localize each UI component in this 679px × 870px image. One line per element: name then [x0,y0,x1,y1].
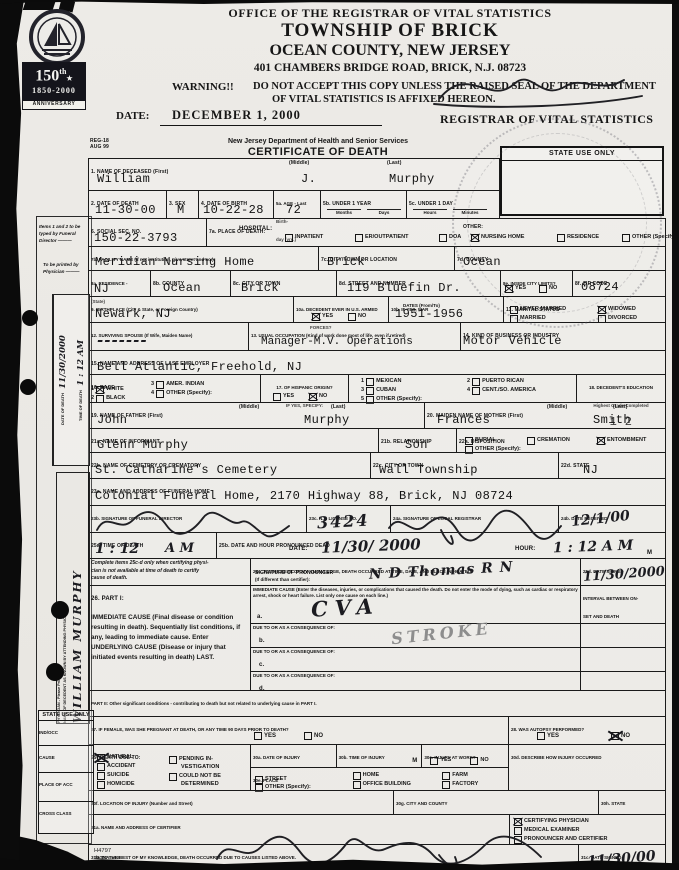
checkbox-factory: FACTORY [442,781,478,789]
checkbox-cuban: 3CUBAN [361,387,396,395]
cb-box [353,772,361,780]
divorced-label: DIVORCED [608,316,637,322]
checkbox-natural-checked: NATURAL [97,754,133,762]
if-different-label: (If different than certifier): [255,577,310,583]
punch-hole [22,310,38,326]
field-30b-label: 30b. TIME OF INJURY [339,755,385,760]
cb-box [472,378,480,386]
employer-value: Bell Atlantic, Freehold, NJ [97,361,302,374]
hours-label: Hours [413,209,447,216]
checkbox-hispanic-yes: YES [273,393,294,401]
row-last-employer: 15. NAME AND ADDRESS OF LAST EMPLOYER Be… [88,350,666,375]
sidebar-dod-value: 11/30/2000 [58,335,68,389]
checkbox-pending-investigation: PENDING IN- [169,756,213,764]
cb-box [430,757,438,765]
date-of-birth-value: 10-22-28 [203,204,264,217]
cause-b-pencil-value: STROKE [390,619,492,648]
cemetery-value: St. Catharine's Cemetery [95,464,277,477]
num-2: 2 [91,396,94,402]
cb-box [97,763,105,771]
cb-box [285,234,293,242]
cb-box [97,754,105,762]
checkbox-suicide: SUICIDE [97,772,129,780]
checkbox-autopsy-no-checked: NO [611,732,630,740]
checkbox-pregnant-no: NO [304,732,323,740]
decedent-name-vertical-box: PHYSICIAN - Please Print: NAME OF DECEDE… [56,472,90,724]
cb-box [465,437,473,445]
informant-value: Glenn Murphy [97,439,188,452]
white-label: WHITE [106,387,124,393]
letterhead-township: TOWNSHIP OF BRICK [170,20,610,42]
cb-box [97,772,105,780]
cb-box [97,781,105,789]
cause-line-b: DUE TO OR AS A CONSEQUENCE OF: b. STROKE [251,624,580,648]
decedent-known-label: NAME OF DECEDENT AS KNOWN BY ATTENDING P… [63,473,70,723]
months-label: Months [327,209,361,216]
mother-first-value: Frances [437,414,490,427]
date-label: DATE: [289,546,308,553]
place-of-acc-label: PLACE OF ACC [39,782,73,787]
m-label: M [412,758,417,765]
cnb-label-1: COULD NOT BE [179,774,221,780]
field-18-label: 18. DECEDENT'S EDUCATION [589,385,653,390]
scanned-death-certificate: OFFICE OF THE REGISTRAR OF VITAL STATIST… [0,0,679,870]
yes-label: YES [322,314,333,320]
signature-of-pronouncer-label: SIGNATURE OF PRONOUNCER [255,570,333,576]
yes-label: YES [547,733,559,739]
row-pronouncer: Complete items 25c-d only when certifyin… [88,558,666,586]
decedent-name-handwritten: WILLIAM MURPHY [70,473,87,723]
checkbox-puerto-rican: 2PUERTO RICAN [467,378,524,386]
checkbox-er-outpatient: ER/OUTPATIENT [355,234,409,242]
no-label: NO [319,394,327,400]
cause-a-value: CVA [310,593,380,622]
inpatient-label: INPATIENT [295,235,323,241]
checkbox-race-amer-indian: 3AMER. INDIAN [151,381,204,389]
row-death-birth-age: 2. DATE OF DEATH 11-30-00 3. SEX M 4. DA… [88,190,500,219]
cb-box [366,387,374,395]
funeral-home-value: Colonial Funeral Home, 2170 Highway 88, … [95,490,513,503]
cb-box [169,756,177,764]
father-first-value: John [97,414,127,427]
funeral-director-note: Items 1 and 2 to be typed by Funeral Dir… [39,224,87,245]
deceased-last-name: Murphy [389,173,435,186]
row-cemetery: 22b. NAME OF CEMETERY OR CREMATORY St. C… [88,452,666,479]
row-name-of-deceased: 1. NAME OF DECEASED (First) (Middle) (La… [88,158,500,191]
cb-box [309,393,317,401]
cb-box [442,781,450,789]
note2-line2: Physician ——— [43,269,80,274]
line-b-label: b. [259,638,265,645]
ind-occ-label: IND/OCC [39,730,58,735]
line-c-label: c. [259,662,264,669]
sidebar-time-of-death: TIME OF DEATH 1 : 12 AM [72,295,88,465]
logo-150: 150 [35,67,59,84]
time-of-death-value: 1 : 12 [95,541,139,557]
cb-box [156,381,164,389]
num-1: 1 [91,387,94,393]
checkbox-race-white-checked: 1WHITE [91,386,124,394]
sex-value: M [177,204,185,217]
checkbox-accident: ACCIDENT [97,763,135,771]
relationship-value: Son [405,439,428,452]
yes-label: YES [283,394,294,400]
interval-column: INTERVAL BETWEEN ON- SET AND DEATH [581,586,665,690]
scan-edge-right [672,0,679,870]
father-last-value: Murphy [304,414,350,427]
cb-box [472,387,480,395]
residence-city-value: Brick [241,282,279,295]
cause-line-d: DUE TO OR AS A CONSEQUENCE OF: d. [251,672,580,690]
field-5c-label: 5c. UNDER 1 DAY [409,201,453,207]
interval-header: INTERVAL BETWEEN ON- SET AND DEATH [581,586,665,623]
cause-lines-column: IMMEDIATE CAUSE (Enter the diseases, inj… [251,586,581,690]
occupation-value: Manager-M.V. Operations [261,336,413,348]
interval-cell [581,647,665,671]
field-17-label: 17. OF HISPANIC ORIGIN? [276,385,332,390]
issue-date-label: DATE: [116,110,149,122]
certificate-title: CERTIFICATE OF DEATH [168,146,468,158]
row-parents: 19. NAME OF FATHER (First) (Middle) (Las… [88,402,666,429]
cb-box [355,234,363,242]
checkbox-office-building: OFFICE BUILDING [353,781,411,789]
checkbox-burial: BURIAL [465,437,496,445]
entombment-label: ENTOMBMENT [607,438,646,444]
state-use-row: IND/OCC [39,721,93,746]
cent-so-america-label: CENT./SO. AMERICA [482,388,536,394]
field-26-label: 26. PART I: [91,596,124,602]
checkbox-mexican: 1MEXICAN [361,378,401,386]
state-use-only-left-box: STATE USE ONLY IND/OCC CAUSE PLACE OF AC… [38,710,94,834]
sidebar-tod-value: 1 : 12 AM [76,339,86,385]
cause-label: CAUSE [39,755,55,760]
cb-box [353,781,361,789]
state-use-row: CROSS CLASS [39,802,93,832]
row-informant-disposition: 21a. NAME OF INFORMANT Glenn Murphy 21b.… [88,428,666,453]
num-1: 1 [361,379,364,385]
cb-box [255,776,263,784]
department-line: New Jersey Department of Health and Seni… [168,138,468,145]
cause-instructions: IMMEDIATE CAUSE (Final disease or condit… [91,613,248,663]
num-4: 4 [151,391,154,397]
street-number-value: 119 Bluefin Dr. [347,282,461,295]
punch-hole [51,601,69,619]
logo-years: 1850-2000 [22,86,86,96]
field-20-middle-label: (Middle) [547,404,567,410]
note-25-line3: cause of death. [91,575,127,581]
sidebar-date-time-box: DATE OF DEATH 11/30/2000 TIME OF DEATH 1… [52,294,90,466]
surviving-spouse-value: ------- [97,331,148,349]
field-20-last-label: (Last) [613,404,628,410]
checkbox-could-not-be-determined: COULD NOT BE [169,773,221,781]
checkbox-farm: FARM [442,772,468,780]
field-5b-label: 5b. UNDER 1 YEAR [323,201,371,207]
pronouncer-signature-value: N D Thomas R N [369,559,514,583]
immediate-cause-header: IMMEDIATE CAUSE (Enter the diseases, inj… [251,586,580,601]
checkbox-inpatient: INPATIENT [285,234,323,242]
no-label: NO [480,758,488,764]
ssn-value: 150-22-3793 [94,232,178,245]
cb-box [273,393,281,401]
issue-date-value: DECEMBER 1, 2000 [160,108,382,126]
amer-indian-label: AMER. INDIAN [166,382,204,388]
row-cause-of-death: 26. PART I: IMMEDIATE CAUSE (Final disea… [88,585,666,691]
checkbox-certifying-physician-checked: CERTIFYING PHYSICIAN [514,818,589,826]
num-4: 4 [467,388,470,394]
cross-class-label: CROSS CLASS [39,811,72,816]
note-25-line2: cian is not available at time of death t… [91,568,199,574]
cause-line-a: a. CVA [251,601,580,624]
cb-box [169,773,177,781]
death-city-value: Brick [327,256,365,269]
days-label: Days [367,209,401,216]
checkbox-pregnant-yes: YES [254,732,276,740]
field-30d-label: 30d. DESCRIBE HOW INJURY OCCURRED [511,755,602,760]
punch-hole [46,663,64,681]
cb-box [254,732,262,740]
funeral-director-signature [91,506,296,540]
license-number-value: 3424 [317,511,370,533]
note-25-line1: Complete items 25c-d only when certifyin… [91,560,209,566]
war-dates-value: 1951-1956 [395,308,463,321]
interval-cell [581,623,665,647]
cemetery-state-value: NJ [583,464,598,477]
sidebar-dod-label: DATE OF DEATH [60,393,65,425]
registrar-signature [428,58,648,110]
cb-box [348,313,356,321]
line-a-label: a. [257,614,262,621]
field-19-last-label: (Last) [331,404,346,410]
field-19-middle-label: (Middle) [239,404,259,410]
date-received-value: 12/1/00 [570,508,630,530]
pronouncer-date-signed-value: 11/30/2000 [583,564,666,585]
field-1-middle-label: (Middle) [289,160,309,166]
due-to-label-b: DUE TO OR AS A CONSEQUENCE OF: [253,625,335,631]
yes-label: YES [264,733,276,739]
checkbox-injury-work-no: NO [470,757,488,765]
field-25b-label: 25b. DATE AND HOUR PRONOUNCED DEAD [219,543,330,549]
puerto-rican-label: PUERTO RICAN [482,379,524,385]
checkbox-hispanic-no-checked: NO [309,393,327,401]
cb-box [312,313,320,321]
cb-box [597,437,605,445]
star-icon: ★ [66,74,72,82]
field-30g-label: 30g. CITY AND COUNTY [396,801,448,806]
township-seal-icon [28,8,86,66]
local-registrar-signature [385,508,565,552]
checkbox-home: HOME [353,772,380,780]
no-label: NO [358,314,366,320]
row-pregnant-autopsy: 27. IF FEMALE, WAS SHE PREGNANT AT DEATH… [88,716,666,745]
row-funeral-home: 23a. NAME AND ADDRESS OF FUNERAL HOME Co… [88,478,666,506]
checkbox-cent-so-america: 4CENT./SO. AMERICA [467,387,536,395]
logo-anniversary-bar: ANNIVERSARY [22,100,86,110]
cb-box [439,234,447,242]
natural-label: NATURAL [107,755,133,761]
checkbox-entombment-checked: ENTOMBMENT [597,437,646,445]
yes-label: YES [440,758,451,764]
checkbox-cremation: CREMATION [527,437,570,445]
facility-name-value: Meridian Nursing Home [95,256,255,269]
suicide-label: SUICIDE [107,773,129,779]
field-30a-label: 30a. DATE OF INJURY [253,755,300,760]
sidebar-date-of-death: DATE OF DEATH 11/30/2000 [53,295,72,465]
cb-box [470,757,478,765]
industry-value: Motor Vehicle [463,335,562,348]
interval-label-1: INTERVAL BETWEEN ON- [583,596,638,601]
part-2-label: PART II: Other significant conditions - … [91,701,317,706]
pending-label-2: VESTIGATION [181,764,220,771]
cemetery-city-value: Wall Township [379,464,478,477]
cb-box [304,732,312,740]
cremation-label: CREMATION [537,438,570,444]
cb-box [96,386,104,394]
sidebar-tod-label: TIME OF DEATH [78,390,83,421]
cb-box [537,732,545,740]
cuban-label: CUBAN [376,388,396,394]
residence-county-value: Ocean [163,282,201,295]
mother-maiden-value: Smith [593,414,631,427]
row-signatures: 23b. SIGNATURE OF FUNERAL DIRECTOR 23c. … [88,505,666,533]
cb-box [156,390,164,398]
row-injury-location: 30f. LOCATION OF INJURY (Number and Stre… [88,790,666,815]
checkbox-injury-work-yes: YES [430,757,451,765]
m-label: M [647,550,652,557]
no-label: NO [314,733,323,739]
due-to-label-d: DUE TO OR AS A CONSEQUENCE OF: [253,673,335,679]
field-10a-label: 10a. DECEDENT EVER IN U.S. ARMED [296,307,378,312]
letterhead-office-line: OFFICE OF THE REGISTRAR OF VITAL STATIST… [170,6,610,21]
scan-edge-top [0,0,679,4]
field-31a-label: 31a. NAME AND ADDRESS OF CERTIFIER [91,825,181,830]
cnb-label-2: DETERMINED [181,781,219,788]
field-1-last-label: (Last) [387,160,402,166]
age-value: 72 [286,204,301,217]
reg-date: AUG 99 [90,144,109,150]
note2-line1: To be printed by [43,262,79,267]
cb-box [527,437,535,445]
certifying-physician-label: CERTIFYING PHYSICIAN [524,819,589,825]
no-label: NO [621,733,630,739]
office-building-label: OFFICE BUILDING [363,782,411,788]
anniversary-logo: 150th★ 1850-2000 [22,62,86,100]
mexican-label: MEXICAN [376,379,401,385]
checkbox-armed-forces-no: NO [348,313,366,321]
injury-middle-block: 30a. DATE OF INJURY 30b. TIME OF INJURY … [251,745,509,790]
num-3: 3 [151,382,154,388]
accident-label: ACCIDENT [107,764,135,770]
birthplace-value: Newark, NJ [95,308,171,321]
homicide-label: HOMICIDE [107,782,135,788]
interval-cell [581,671,665,690]
cb-box [366,378,374,386]
cb-box [611,732,619,740]
pending-label-1: PENDING IN- [179,757,213,763]
checkbox-race-other: 4OTHER (Specify): [151,390,212,398]
factory-label: FACTORY [452,782,478,788]
scan-edge-left [0,0,24,870]
burial-label: BURIAL [475,438,496,444]
form-number: H4797 [94,848,111,854]
deceased-middle-name: J. [301,173,316,186]
num-3: 3 [361,388,364,394]
race-other-label: OTHER (Specify): [166,391,212,397]
interval-label-2: SET AND DEATH [583,614,619,619]
state-use-title: STATE USE ONLY [39,711,93,721]
deceased-first-name: William [97,173,150,186]
row-death-due-to-injury: 29. DEATH DUE TO: NATURAL ACCIDENT SUICI… [88,744,666,791]
cause-line-c: DUE TO OR AS A CONSEQUENCE OF: c. [251,648,580,672]
field-30h-label: 30h. STATE [601,801,625,806]
state-use-row: PLACE OF ACC [39,773,93,802]
date-of-death-value: 11-30-00 [95,204,156,217]
row-race-hispanic-education: 16. RACE 1WHITE 2BLACK 3AMER. INDIAN 4OT… [88,374,666,403]
hospital-label: HOSPITAL: [239,226,272,233]
checkbox-autopsy-yes: YES [537,732,559,740]
field-30f-label: 30f. LOCATION OF INJURY (Number and Stre… [91,801,193,806]
home-label: HOME [363,773,380,779]
warning-label: WARNING!! [172,81,234,93]
row-spouse-occupation: 12. SURVIVING SPOUSE (If Wife, Maiden Na… [88,322,666,351]
cb-box [442,772,450,780]
residence-state-value: NJ [94,283,109,296]
black-label: BLACK [106,396,125,402]
time-of-death-ampm: A M [165,541,194,556]
due-to-label-c: DUE TO OR AS A CONSEQUENCE OF: [253,649,335,655]
num-2: 2 [467,379,470,385]
street-label: STREET [265,777,287,783]
checkbox-homicide: HOMICIDE [97,781,135,789]
er-label: ER/OUTPATIENT [365,235,409,241]
farm-label: FARM [452,773,468,779]
row-part-2: PART II: Other significant conditions - … [88,690,666,717]
checkbox-street: STREET [255,776,287,784]
state-use-row: CAUSE [39,746,93,773]
cb-box [514,818,522,826]
raised-seal-impression [452,118,662,328]
punch-hole [20,379,36,395]
physician-note: To be printed by Physician ——— [43,262,87,276]
checkbox-armed-forces-yes-checked: YES [312,313,333,321]
